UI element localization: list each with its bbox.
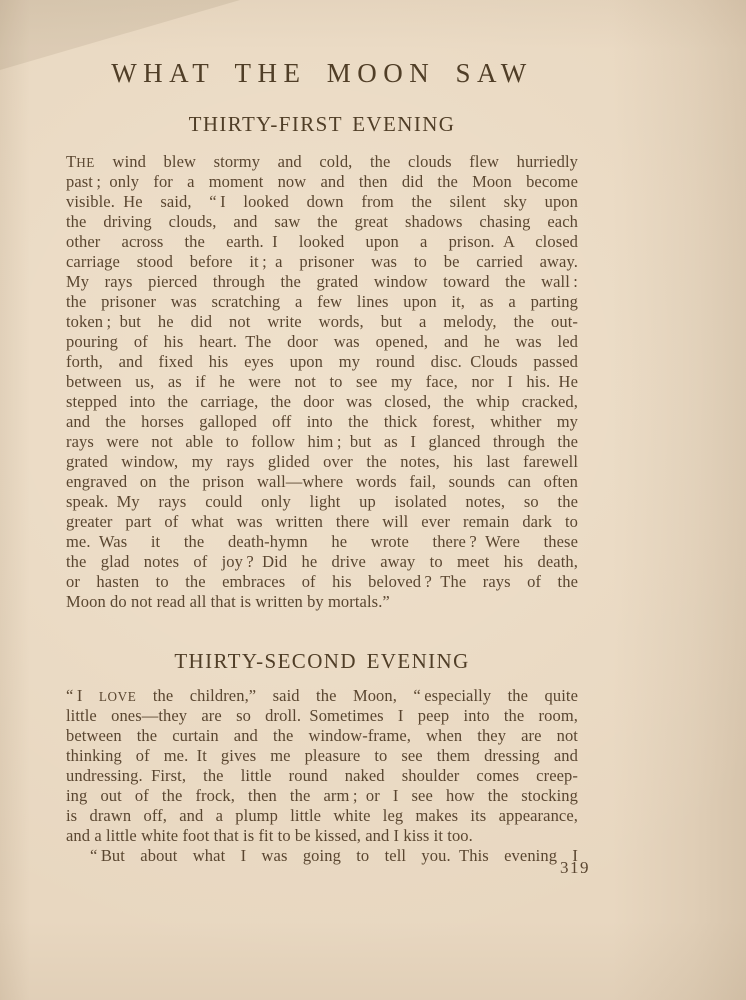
text-line: grated window, my rays glided over the n… [66,452,578,472]
text-line: ing out of the frock, then the arm ; or … [66,786,578,806]
text-line: little ones—they are so droll. Sometimes… [66,706,578,726]
text-line: or hasten to the embraces of his beloved… [66,572,578,592]
text-line: the prisoner was scratching a few lines … [66,292,578,312]
text-line: pouring of his heart. The door was opene… [66,332,578,352]
paragraph: “ I LOVE the children,” said the Moon, “… [66,686,578,846]
text-line: between us, as if he were not to see my … [66,372,578,392]
text-line: me. Was it the death-hymn he wrote there… [66,532,578,552]
text-line: and a little white foot that is fit to b… [66,826,578,846]
small-caps-text: LOVE [99,689,137,704]
page-number: 319 [560,858,590,878]
text-line: Moon do not read all that is written by … [66,592,578,612]
text-line: the driving clouds, and saw the great sh… [66,212,578,232]
text-line: token ; but he did not write words, but … [66,312,578,332]
text-line: the glad notes of joy ? Did he drive awa… [66,552,578,572]
text-line: undressing. First, the little round nake… [66,766,578,786]
section-heading: THIRTY-SECOND EVENING [66,649,578,673]
text-line: “ But about what I was going to tell you… [66,846,578,866]
section-thirty-first-evening: THIRTY-FIRST EVENING THE wind blew storm… [66,112,578,612]
section-thirty-second-evening: THIRTY-SECOND EVENING “ I LOVE the child… [66,649,578,866]
text-line: My rays pierced through the grated windo… [66,272,578,292]
paragraph: THE wind blew stormy and cold, the cloud… [66,152,578,612]
text-line: stepped into the carriage, the door was … [66,392,578,412]
text-line: past ; only for a moment now and then di… [66,172,578,192]
text-line: THE wind blew stormy and cold, the cloud… [66,152,578,172]
text-line: thinking of me. It gives me pleasure to … [66,746,578,766]
text-line: speak. My rays could only light up isola… [66,492,578,512]
book-page: WHAT THE MOON SAW THIRTY-FIRST EVENING T… [0,0,746,1000]
text-line: between the curtain and the window-frame… [66,726,578,746]
paragraph: “ But about what I was going to tell you… [66,846,578,866]
page-content: WHAT THE MOON SAW THIRTY-FIRST EVENING T… [66,52,578,982]
text-line: greater part of what was written there w… [66,512,578,532]
section-heading: THIRTY-FIRST EVENING [66,112,578,136]
text-line: forth, and fixed his eyes upon my round … [66,352,578,372]
small-caps-text: HE [76,155,95,170]
text-line: is drawn off, and a plump little white l… [66,806,578,826]
text-line: carriage stood before it ; a prisoner wa… [66,252,578,272]
running-title: WHAT THE MOON SAW [66,58,578,88]
text-line: engraved on the prison wall—where words … [66,472,578,492]
text-line: visible. He said, “ I looked down from t… [66,192,578,212]
text-line: “ I LOVE the children,” said the Moon, “… [66,686,578,706]
text-line: rays were not able to follow him ; but a… [66,432,578,452]
text-line: and the horses galloped off into the thi… [66,412,578,432]
text-line: other across the earth. I looked upon a … [66,232,578,252]
